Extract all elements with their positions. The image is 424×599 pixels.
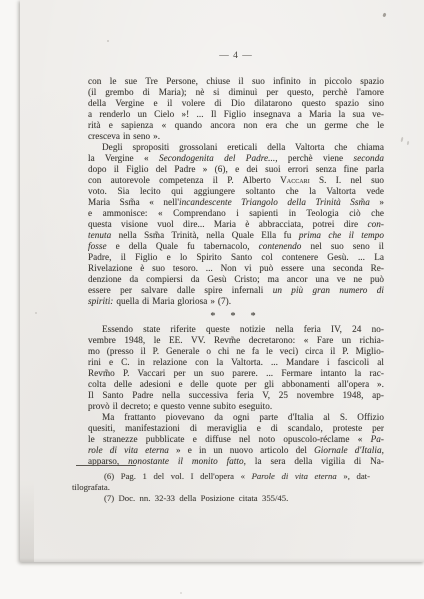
text-segment: Il Santo Padre nella successiva feria V,… — [88, 390, 384, 400]
text-segment: le stranezze pubblicate e diffuse nel no… — [88, 434, 371, 444]
text-segment: Essendo state riferite queste notizie ne… — [102, 324, 384, 334]
text-segment: a renderlo un Cielo »! ... Il Figlio ins… — [88, 109, 384, 119]
italic-text: tenuta — [88, 230, 111, 240]
text-line: Maria Ssm̃a « nell'incandescente Triango… — [88, 197, 384, 208]
italic-text: role di vita eterna — [88, 445, 169, 455]
text-line: mo (presso il P. Generale o chi ne fa le… — [88, 346, 384, 357]
text-line: Degli spropositi grossolani ereticali de… — [88, 142, 384, 153]
text-line: Ma frattanto piovevano da ogni parte d'I… — [88, 412, 384, 423]
text-line: fosse e della Quale fu tabernacolo, cont… — [88, 241, 384, 252]
scan-speck — [107, 40, 109, 42]
italic-text: incandescente Triangolo della Trinità Ss… — [179, 197, 370, 207]
text-line: tilografata. — [72, 482, 370, 493]
footnotes: (6) Pag. 1 del vol. I dell'opera « Parol… — [72, 471, 370, 504]
text-line: questa visione vuol dire... Maria è abbr… — [88, 219, 384, 230]
footnote-rule — [76, 465, 136, 466]
italic-text: contenendo — [259, 241, 302, 251]
text-segment: nel suo seno il — [301, 241, 384, 251]
text-segment: quella di Maria gloriosa » (7). — [113, 296, 231, 306]
italic-text: un più gran numero di — [273, 285, 384, 295]
text-segment: Padre, il Figlio e lo Spirito Santo col … — [88, 252, 384, 262]
text-segment: tilografata. — [72, 482, 110, 492]
text-segment: vembre 1948, le EE. VV. Revm̃e decretaro… — [88, 335, 384, 345]
text-segment: con le sue Tre Persone, chiuse il suo in… — [88, 76, 384, 86]
text-line: a renderlo un Cielo »! ... Il Figlio ins… — [88, 109, 384, 120]
text-line: (6) Pag. 1 del vol. I dell'opera « Parol… — [72, 471, 370, 482]
text-segment: voto. Sia lecito qui aggiungere soltanto… — [88, 186, 384, 196]
text-line: provò il decreto; e questo venne subito … — [88, 401, 384, 412]
text-segment: essere per salvare dalle spire infernali — [88, 285, 273, 295]
text-segment: della Vergine e il volere di Dio dilatar… — [88, 98, 384, 108]
text-line: rini e C. in relazione con la Valtorta. … — [88, 357, 384, 368]
scan-background: { "colors": { "paper": "#efedea", "ink":… — [0, 0, 424, 599]
text-segment: e ammonisce: « Comprendano i sapienti in… — [88, 208, 384, 218]
text-segment: S. I. nel suo — [310, 175, 384, 185]
text-line: cresceva in seno ». — [88, 131, 384, 142]
italic-text: con- — [367, 219, 384, 229]
text-line: Padre, il Figlio e lo Spirito Santo col … — [88, 252, 384, 263]
italic-text: Pa- — [371, 434, 384, 444]
text-line: rità e sapienza « quando ancora non era … — [88, 120, 384, 131]
text-segment: Maria Ssm̃a « nell' — [88, 197, 179, 207]
text-segment: nella Ssm̃a Trinità, nella Quale Ella fu — [111, 230, 299, 240]
text-line: (7) Doc. nn. 32-33 della Posizione citat… — [72, 493, 370, 504]
text-line: e ammonisce: « Comprendano i sapienti in… — [88, 208, 384, 219]
page-number: — 4 — — [88, 51, 384, 62]
page-edge-shadow — [20, 480, 34, 562]
text-segment: Degli spropositi grossolani ereticali de… — [102, 142, 384, 152]
text-segment: quesiti, manifestazioni di meraviglia e … — [88, 423, 384, 433]
section-separator: * * * — [88, 311, 384, 322]
scan-speck — [35, 312, 37, 314]
text-line: spiriti: quella di Maria gloriosa » (7). — [88, 296, 384, 307]
text-line: con autorevole competenza il P. Alberto … — [88, 175, 384, 186]
italic-text: Giornale d'Italia, — [314, 445, 384, 455]
text-segment: questa visione vuol dire... Maria è abbr… — [88, 219, 367, 229]
text-segment: mo (presso il P. Generale o chi ne fa le… — [88, 346, 384, 356]
text-segment: (6) Pag. 1 del vol. I dell'opera « — [104, 471, 252, 481]
text-segment: » — [370, 197, 384, 207]
italic-text: fosse — [88, 241, 107, 251]
text-line: Revm̃o P. Vaccari per un suo parere. ...… — [88, 368, 384, 379]
text-segment: la Vergine « — [88, 153, 159, 163]
text-line: con le sue Tre Persone, chiuse il suo in… — [88, 76, 384, 87]
text-segment: dopo il Figlio del Padre » (6), e dei su… — [88, 164, 384, 174]
text-line: denzione da compiersi da Gesù Cristo; ma… — [88, 274, 384, 285]
italic-text: seconda — [354, 153, 384, 163]
italic-text: Secondogenita del Padre..., — [159, 153, 278, 163]
text-line: Essendo state riferite queste notizie ne… — [88, 324, 384, 335]
text-segment: rità e sapienza « quando ancora non era … — [88, 120, 384, 130]
italic-text: spiriti: — [88, 296, 113, 306]
text-segment: provò il decreto; e questo venne subito … — [88, 401, 272, 411]
italic-text: prima che il tempo — [299, 230, 384, 240]
text-line: Rivelazione è suo tesoro. ... Non vi può… — [88, 263, 384, 274]
text-line: Il Santo Padre nella successiva feria V,… — [88, 390, 384, 401]
body-text: con le sue Tre Persone, chiuse il suo in… — [88, 76, 384, 467]
text-segment: denzione da compiersi da Gesù Cristo; ma… — [88, 274, 384, 284]
text-line: (il grembo di Maria); nè si diminuì per … — [88, 87, 384, 98]
text-segment: perchè viene — [278, 153, 354, 163]
text-line: la Vergine « Secondogenita del Padre...,… — [88, 153, 384, 164]
text-segment: cresceva in seno ». — [88, 131, 160, 141]
smallcaps-text: Vaccari — [280, 175, 310, 185]
text-line: quesiti, manifestazioni di meraviglia e … — [88, 423, 384, 434]
text-line: le stranezze pubblicate e diffuse nel no… — [88, 434, 384, 445]
text-segment: Revm̃o P. Vaccari per un suo parere. ...… — [88, 368, 384, 378]
scan-speck — [180, 592, 182, 594]
italic-text: Parole di vita eterna — [252, 471, 337, 481]
text-segment: colta delle adesioni e delle quote per g… — [88, 379, 384, 389]
text-line: tenuta nella Ssm̃a Trinità, nella Quale … — [88, 230, 384, 241]
text-segment: », dat- — [337, 471, 370, 481]
text-segment: (il grembo di Maria); nè si diminuì per … — [88, 87, 384, 97]
book-page: — 4 — con le sue Tre Persone, chiuse il … — [20, 0, 424, 562]
text-segment: (7) Doc. nn. 32-33 della Posizione citat… — [104, 493, 288, 503]
text-line: della Vergine e il volere di Dio dilatar… — [88, 98, 384, 109]
text-segment: » e in un nuovo articolo del — [169, 445, 314, 455]
text-segment: la sera della vigilia di Na- — [246, 456, 384, 466]
text-line: voto. Sia lecito qui aggiungere soltanto… — [88, 186, 384, 197]
italic-text: nonostante il monito fatto, — [128, 456, 246, 466]
text-line: dopo il Figlio del Padre » (6), e dei su… — [88, 164, 384, 175]
text-line: role di vita eterna » e in un nuovo arti… — [88, 445, 384, 456]
text-segment: Rivelazione è suo tesoro. ... Non vi può… — [88, 263, 384, 273]
text-line: colta delle adesioni e delle quote per g… — [88, 379, 384, 390]
text-segment: Ma frattanto piovevano da ogni parte d'I… — [102, 412, 384, 422]
text-segment: e della Quale fu tabernacolo, — [107, 241, 259, 251]
text-segment: rini e C. in relazione con la Valtorta. … — [88, 357, 384, 367]
text-line: vembre 1948, le EE. VV. Revm̃e decretaro… — [88, 335, 384, 346]
text-segment: con autorevole competenza il P. Alberto — [88, 175, 280, 185]
text-line: essere per salvare dalle spire infernali… — [88, 285, 384, 296]
